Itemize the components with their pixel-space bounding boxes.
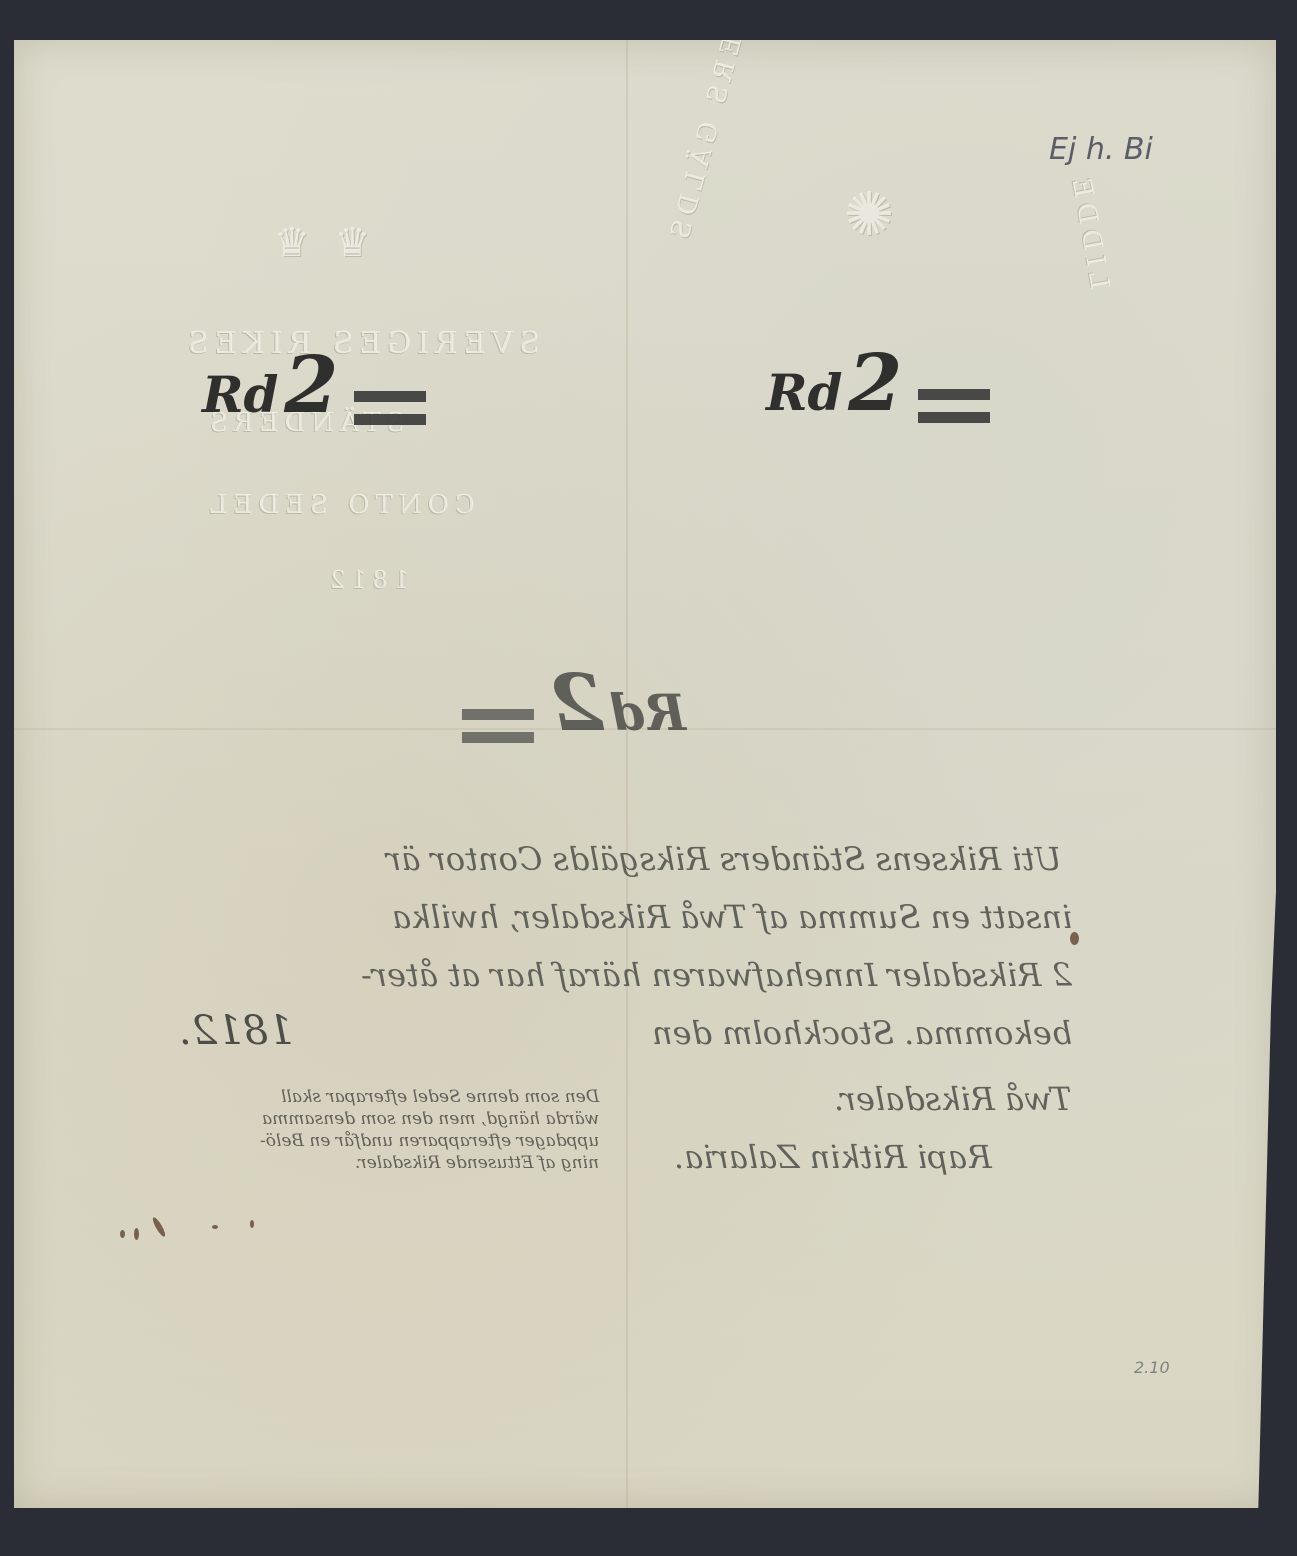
pencil-note-top-right: Ej h. Bi [1049,132,1153,167]
denomination-stamp-center-mirrored: Rd 2 [462,658,686,755]
banknote-paper: SVERIGES RIKES STÄNDERS CONTO SEDEL 1812… [14,40,1276,1508]
ink-stain [250,1220,254,1228]
double-bar-icon [354,379,426,437]
rd-label: Rd [609,683,686,742]
embossed-arc-text: TILL RIKSENS STÄNDERS GÄLDS [664,0,854,248]
rd-label: Rd [202,365,279,424]
denomination-value: 2 [848,338,902,429]
pencil-note-bottom-right: 2.10 [1134,1358,1170,1377]
embossed-crown-icon: ♛ ♛ [274,220,376,266]
denomination-value: 2 [550,658,604,749]
embossed-line-4: 1812 [324,566,409,594]
ink-stain [120,1230,125,1238]
vertical-fold-crease [626,40,628,1508]
year-text: 1812. [179,1008,294,1054]
embossed-arc-text-right: LIDDE [1064,170,1114,292]
ink-stain [212,1225,218,1229]
text-line-1: Uti Riksens Ständers Riksgälds Contor är [172,830,1072,888]
denomination-stamp-left: Rd 2 [202,340,426,437]
warning-line-2: wärda hängd, men den som densamma [179,1108,599,1130]
ink-stain [1070,932,1079,945]
denomination-stamp-right: Rd 2 [766,338,990,435]
warning-line-4: ning af Ettusende Riksdaler. [179,1152,599,1174]
embossed-sunburst-icon: ✺ [844,180,900,250]
denomination-value: 2 [284,340,338,431]
double-bar-icon [918,377,990,435]
double-bar-icon [462,697,534,755]
ink-stain [151,1216,167,1238]
warning-line-3: uppdager efterapparen undfår en Belö- [179,1130,599,1152]
warning-text-block: Den som denne Sedel efterapar skall wärd… [179,1086,599,1174]
text-line-4: bekomma. Stockholm den [172,1004,1072,1062]
embossed-line-3: CONTO SEDEL [204,490,475,520]
ink-stain [134,1228,139,1240]
text-line-3: 2 Riksdaler Innehafwaren häraf har at åt… [172,946,1072,1004]
text-line-2: insatt en Summa af Twå Riksdaler, hwilka [172,888,1072,946]
warning-line-1: Den som denne Sedel efterapar skall [179,1086,599,1108]
rd-label: Rd [766,363,843,422]
